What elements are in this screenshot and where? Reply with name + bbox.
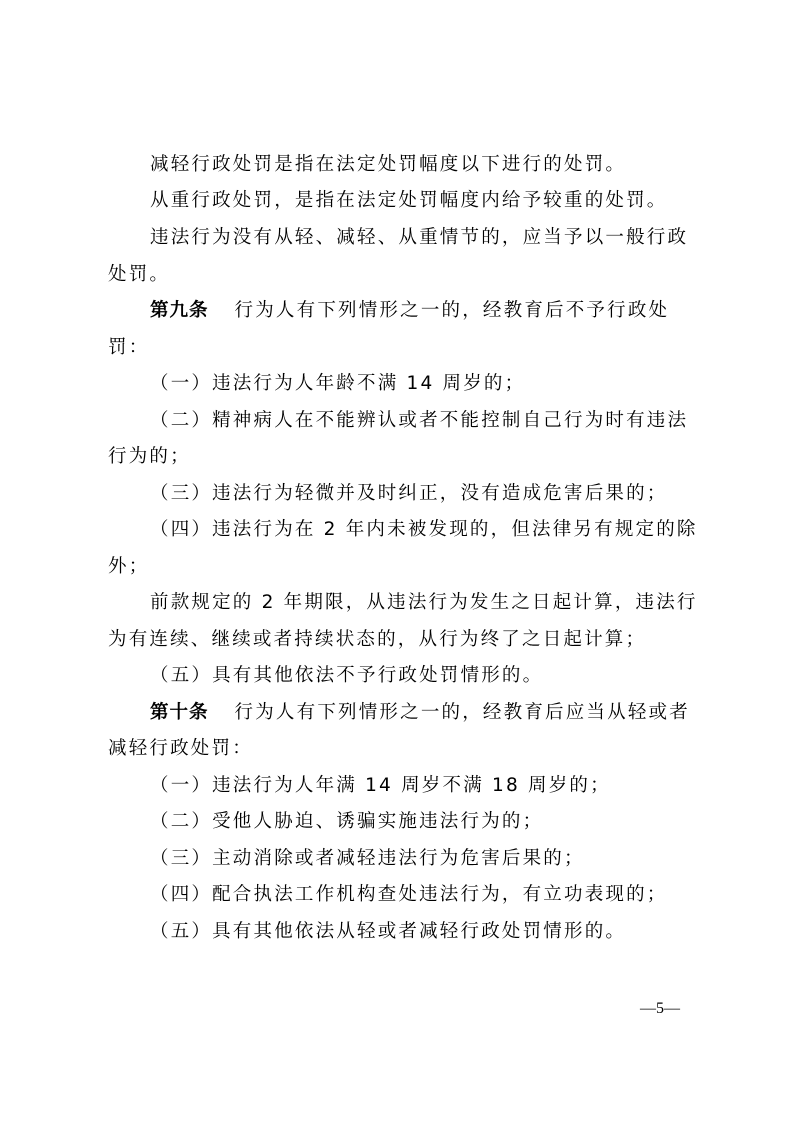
- paragraph-line: 前款规定的 2 年期限，从违法行为发生之日起计算，违法行: [150, 588, 698, 618]
- list-item: （二）精神病人在不能辨认或者不能控制自己行为时有违法: [150, 406, 688, 436]
- article-10-line: 第十条行为人有下列情形之一的，经教育后应当从轻或者: [150, 698, 690, 728]
- article-heading: 第九条: [150, 300, 209, 321]
- list-item: （四）违法行为在 2 年内未被发现的，但法律另有规定的除: [150, 515, 698, 545]
- list-item: （二）受他人胁迫、诱骗实施违法行为的；: [150, 807, 543, 837]
- paragraph-line: 为有连续、继续或者持续状态的，从行为终了之日起计算；: [108, 625, 646, 655]
- list-item: （一）违法行为人年满 14 周岁不满 18 周岁的；: [150, 771, 611, 801]
- list-item: （五）具有其他依法从轻或者减轻行政处罚情形的。: [150, 917, 626, 947]
- paragraph-line: 行为的；: [108, 442, 191, 472]
- paragraph-line: 减轻行政处罚：: [108, 734, 253, 764]
- paragraph-line: 减轻行政处罚是指在法定处罚幅度以下进行的处罚。: [150, 150, 626, 180]
- article-9-line: 第九条行为人有下列情形之一的，经教育后不予行政处: [150, 296, 669, 326]
- article-heading: 第十条: [150, 702, 209, 723]
- paragraph-line: 外；: [108, 552, 149, 582]
- paragraph-line: 处罚。: [108, 260, 170, 290]
- page-number: —5—: [640, 1000, 680, 1018]
- list-item: （三）主动消除或者减轻违法行为危害后果的；: [150, 844, 585, 874]
- paragraph-line: 从重行政处罚，是指在法定处罚幅度内给予较重的处罚。: [150, 186, 668, 216]
- list-item: （五）具有其他依法不予行政处罚情形的。: [150, 661, 543, 691]
- article-text: 行为人有下列情形之一的，经教育后不予行政处: [235, 300, 670, 321]
- paragraph-line: 违法行为没有从轻、减轻、从重情节的，应当予以一般行政: [150, 223, 688, 253]
- list-item: （四）配合执法工作机构查处违法行为，有立功表现的；: [150, 880, 668, 910]
- list-item: （一）违法行为人年龄不满 14 周岁的；: [150, 369, 525, 399]
- article-text: 行为人有下列情形之一的，经教育后应当从轻或者: [235, 702, 690, 723]
- paragraph-line: 罚：: [108, 333, 149, 363]
- list-item: （三）违法行为轻微并及时纠正，没有造成危害后果的；: [150, 479, 668, 509]
